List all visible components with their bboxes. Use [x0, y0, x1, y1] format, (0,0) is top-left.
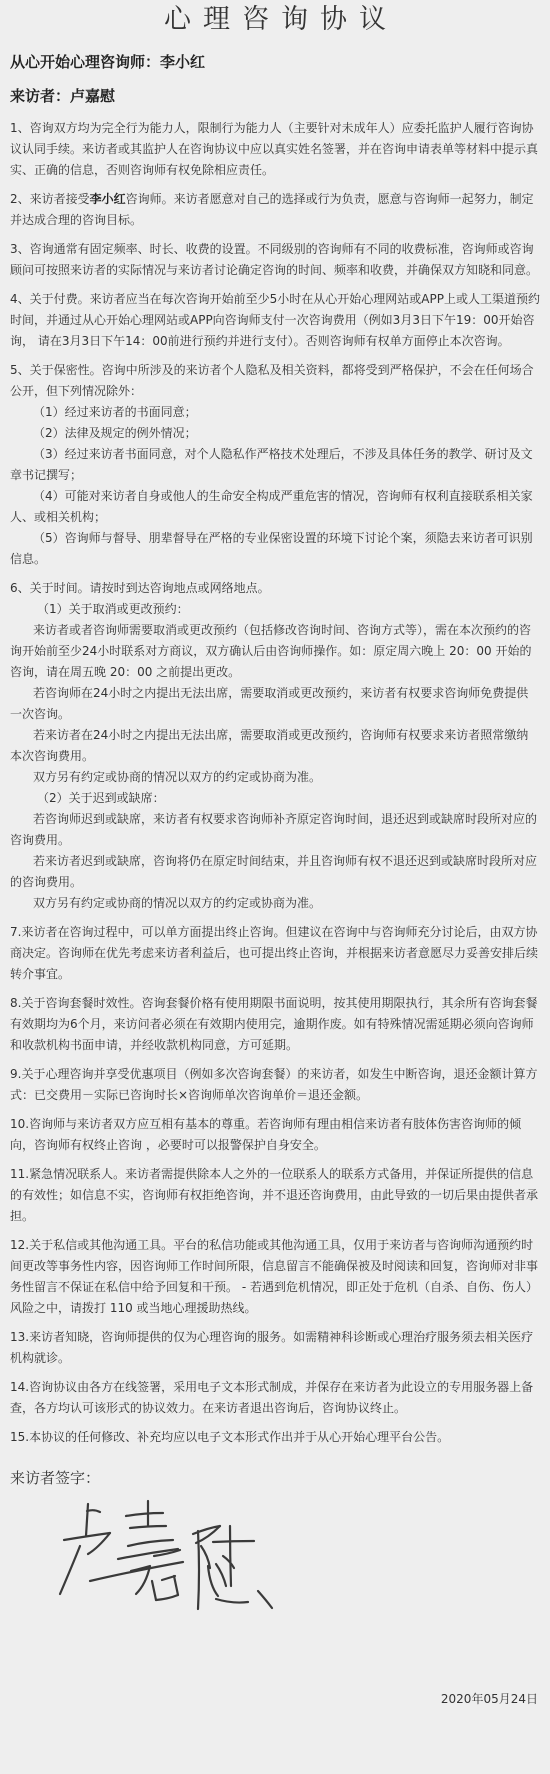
visitor-name: 卢嘉慰	[70, 87, 115, 105]
clause-13: 13.来访者知晓，咨询师提供的仅为心理咨询的服务。如需精神科诊断或心理治疗服务须…	[10, 1327, 540, 1369]
signature-date: 2020年05月24日	[441, 1690, 538, 1707]
clause-6-sub1-para: 若来访者在24小时之内提出无法出席，需要取消或更改预约，咨询师有权要求来访者照常…	[10, 725, 540, 767]
counselor-label: 从心开始心理咨询师：	[10, 53, 160, 71]
clause-10-text: 10.咨询师与来访者双方应互相有基本的尊重。若咨询师有理由相信来访者有肢体伤害咨…	[10, 1114, 540, 1156]
clause-6-sub2-para: 双方另有约定或协商的情况以双方的约定或协商为准。	[10, 893, 540, 914]
clause-5: 5、关于保密性。咨询中所涉及的来访者个人隐私及相关资料，都将受到严格保护，不会在…	[10, 360, 540, 570]
clause-5-intro: 5、关于保密性。咨询中所涉及的来访者个人隐私及相关资料，都将受到严格保护，不会在…	[10, 360, 540, 402]
agreement-document: 心理咨询协议 从心开始心理咨询师：李小红 来访者：卢嘉慰 1、咨询双方均为完全行…	[0, 0, 550, 1488]
clause-6-sub1-title: （1）关于取消或更改预约：	[10, 599, 540, 620]
clause-10: 10.咨询师与来访者双方应互相有基本的尊重。若咨询师有理由相信来访者有肢体伤害咨…	[10, 1114, 540, 1156]
clause-7-text: 7.来访者在咨询过程中，可以单方面提出终止咨询。但建议在咨询中与咨询师充分讨论后…	[10, 922, 540, 985]
clause-6-sub2-title: （2）关于迟到或缺席：	[10, 788, 540, 809]
clause-4-text: 4、关于付费。来访者应当在每次咨询开始前至少5小时在从心开始心理网站或APP上或…	[10, 289, 540, 352]
clause-5-item: （5）咨询师与督导、朋辈督导在严格的专业保密设置的环境下讨论个案，须隐去来访者可…	[10, 528, 540, 570]
clause-6-sub2-para: 若咨询师迟到或缺席，来访者有权要求咨询师补齐原定咨询时间，退还迟到或缺席时段所对…	[10, 809, 540, 851]
handwritten-signature	[58, 1496, 288, 1621]
clause-12: 12.关于私信或其他沟通工具。平台的私信功能或其他沟通工具，仅用于来访者与咨询师…	[10, 1235, 540, 1319]
clause-2: 2、来访者接受李小红咨询师。来访者愿意对自己的选择或行为负责，愿意与咨询师一起努…	[10, 189, 540, 231]
clause-5-item: （2）法律及规定的例外情况；	[10, 423, 540, 444]
clause-3-text: 3、咨询通常有固定频率、时长、收费的设置。不同级别的咨询师有不同的收费标准，咨询…	[10, 239, 540, 281]
counselor-name: 李小红	[160, 53, 205, 71]
document-title: 心理咨询协议	[10, 0, 540, 42]
clause-6-sub2-para: 若来访者迟到或缺席，咨询将仍在原定时间结束，并且咨询师有权不退还迟到或缺席时段所…	[10, 851, 540, 893]
clause-15-text: 15.本协议的任何修改、补充均应以电子文本形式作出并于从心开始心理平台公告。	[10, 1427, 540, 1448]
clause-14-text: 14.咨询协议由各方在线签署，采用电子文本形式制成，并保存在来访者为此设立的专用…	[10, 1377, 540, 1419]
clause-6: 6、关于时间。请按时到达咨询地点或网络地点。 （1）关于取消或更改预约： 来访者…	[10, 578, 540, 914]
clause-5-item: （4）可能对来访者自身或他人的生命安全构成严重危害的情况，咨询师有权利直接联系相…	[10, 486, 540, 528]
clause-4: 4、关于付费。来访者应当在每次咨询开始前至少5小时在从心开始心理网站或APP上或…	[10, 289, 540, 352]
clause-1-text: 1、咨询双方均为完全行为能力人，限制行为能力人（主要针对未成年人）应委托监护人履…	[10, 118, 540, 181]
clause-2-prefix: 2、来访者接受	[10, 192, 90, 206]
clause-8-text: 8.关于咨询套餐时效性。咨询套餐价格有使用期限书面说明，按其使用期限执行，其余所…	[10, 993, 540, 1056]
clause-6-sub1-para: 若咨询师在24小时之内提出无法出席，需要取消或更改预约，来访者有权要求咨询师免费…	[10, 683, 540, 725]
visitor-line: 来访者：卢嘉慰	[10, 86, 540, 106]
clause-11-text: 11.紧急情况联系人。来访者需提供除本人之外的一位联系人的联系方式备用，并保证所…	[10, 1164, 540, 1227]
clause-5-item: （3）经过来访者书面同意，对个人隐私作严格技术处理后，不涉及具体任务的教学、研讨…	[10, 444, 540, 486]
clause-2-counselor-name: 李小红	[90, 192, 126, 206]
clause-9: 9.关于心理咨询并享受优惠项目（例如多次咨询套餐）的来访者，如发生中断咨询，退还…	[10, 1064, 540, 1106]
signature-label: 来访者签字：	[10, 1468, 540, 1488]
clause-13-text: 13.来访者知晓，咨询师提供的仅为心理咨询的服务。如需精神科诊断或心理治疗服务须…	[10, 1327, 540, 1369]
clause-15: 15.本协议的任何修改、补充均应以电子文本形式作出并于从心开始心理平台公告。	[10, 1427, 540, 1448]
clause-1: 1、咨询双方均为完全行为能力人，限制行为能力人（主要针对未成年人）应委托监护人履…	[10, 118, 540, 181]
clause-14: 14.咨询协议由各方在线签署，采用电子文本形式制成，并保存在来访者为此设立的专用…	[10, 1377, 540, 1419]
counselor-line: 从心开始心理咨询师：李小红	[10, 52, 540, 72]
clause-9-text: 9.关于心理咨询并享受优惠项目（例如多次咨询套餐）的来访者，如发生中断咨询，退还…	[10, 1064, 540, 1106]
clause-3: 3、咨询通常有固定频率、时长、收费的设置。不同级别的咨询师有不同的收费标准，咨询…	[10, 239, 540, 281]
clause-8: 8.关于咨询套餐时效性。咨询套餐价格有使用期限书面说明，按其使用期限执行，其余所…	[10, 993, 540, 1056]
clause-7: 7.来访者在咨询过程中，可以单方面提出终止咨询。但建议在咨询中与咨询师充分讨论后…	[10, 922, 540, 985]
clause-6-sub1-para: 双方另有约定或协商的情况以双方的约定或协商为准。	[10, 767, 540, 788]
clause-6-sub1-para: 来访者或者咨询师需要取消或更改预约（包括修改咨询时间、咨询方式等），需在本次预约…	[10, 620, 540, 683]
clauses-list: 1、咨询双方均为完全行为能力人，限制行为能力人（主要针对未成年人）应委托监护人履…	[10, 118, 540, 1448]
visitor-label: 来访者：	[10, 87, 70, 105]
clause-6-intro: 6、关于时间。请按时到达咨询地点或网络地点。	[10, 578, 540, 599]
clause-2-text: 2、来访者接受李小红咨询师。来访者愿意对自己的选择或行为负责，愿意与咨询师一起努…	[10, 189, 540, 231]
clause-11: 11.紧急情况联系人。来访者需提供除本人之外的一位联系人的联系方式备用，并保证所…	[10, 1164, 540, 1227]
clause-12-text: 12.关于私信或其他沟通工具。平台的私信功能或其他沟通工具，仅用于来访者与咨询师…	[10, 1235, 540, 1319]
clause-5-item: （1）经过来访者的书面同意；	[10, 402, 540, 423]
